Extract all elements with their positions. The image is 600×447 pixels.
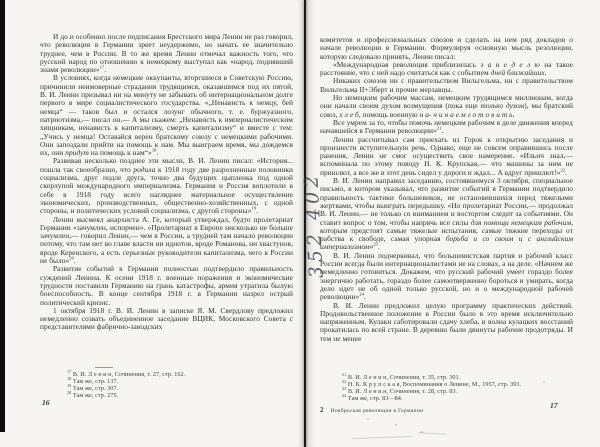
paragraph: Но немецким рабочим массам, немецким тру… (320, 94, 573, 119)
right-page: комитетов и профессиональных союзов и сд… (307, 0, 600, 447)
paragraph: В условиях, когда немецкие оккупанты, вт… (40, 74, 293, 157)
paragraph: Развитие событий в Германии полностью по… (40, 265, 293, 306)
paragraph: 1 октября 1918 г. В. И. Ленин в записке … (40, 307, 293, 332)
signature-line: 2Ноябрьская революция в Германии (320, 399, 423, 417)
right-page-text: комитетов и профессиональных союзов и сд… (320, 36, 573, 343)
footnote-rule (95, 367, 113, 368)
left-page: И до и особенно после подписания Брестск… (5, 0, 297, 447)
scan-speck (543, 381, 545, 383)
signature-text: Ноябрьская революция в Германии (331, 408, 424, 414)
paragraph: Развивая несколько позднее эти мысли, В.… (40, 157, 293, 215)
page-number-right: 17 (550, 401, 558, 410)
paragraph: Никаких союзов ни с правительством Вильг… (320, 77, 573, 94)
paragraph: Ленин рассчитывал сам приехать из Горок … (320, 136, 573, 177)
paragraph: В. И. Ленин подчеркивал, что большевистс… (320, 252, 573, 302)
scan-speck (395, 424, 397, 426)
paragraph: Ленин высмеял анархиста А. Ге, который у… (40, 216, 293, 266)
footnote: 20 Там же, стр. 275. (67, 393, 293, 400)
paragraph: «Международная революция приблизилась з … (320, 61, 573, 78)
scan-speck (367, 418, 369, 420)
paragraph: Все умрем за то, чтобы помочь немецким р… (320, 119, 573, 136)
book-scan: { "left_page": { "page_number": "16", "p… (0, 0, 600, 447)
paragraph: комитетов и профессиональных союзов и сд… (320, 36, 573, 61)
paragraph: В. И. Ленин направил заседанию, состоявш… (320, 177, 573, 252)
paragraph: И до и особенно после подписания Брестск… (40, 33, 293, 74)
left-page-text: И до и особенно после подписания Брестск… (40, 33, 293, 332)
signature-number: 2 (320, 406, 324, 414)
left-page-footnotes: 17 В. И. Л е н и н, Сочинения, т. 27, ст… (67, 372, 293, 400)
paragraph: В. И. Ленин предложил целую программу пр… (320, 302, 573, 343)
page-number-left: 16 (42, 398, 50, 407)
